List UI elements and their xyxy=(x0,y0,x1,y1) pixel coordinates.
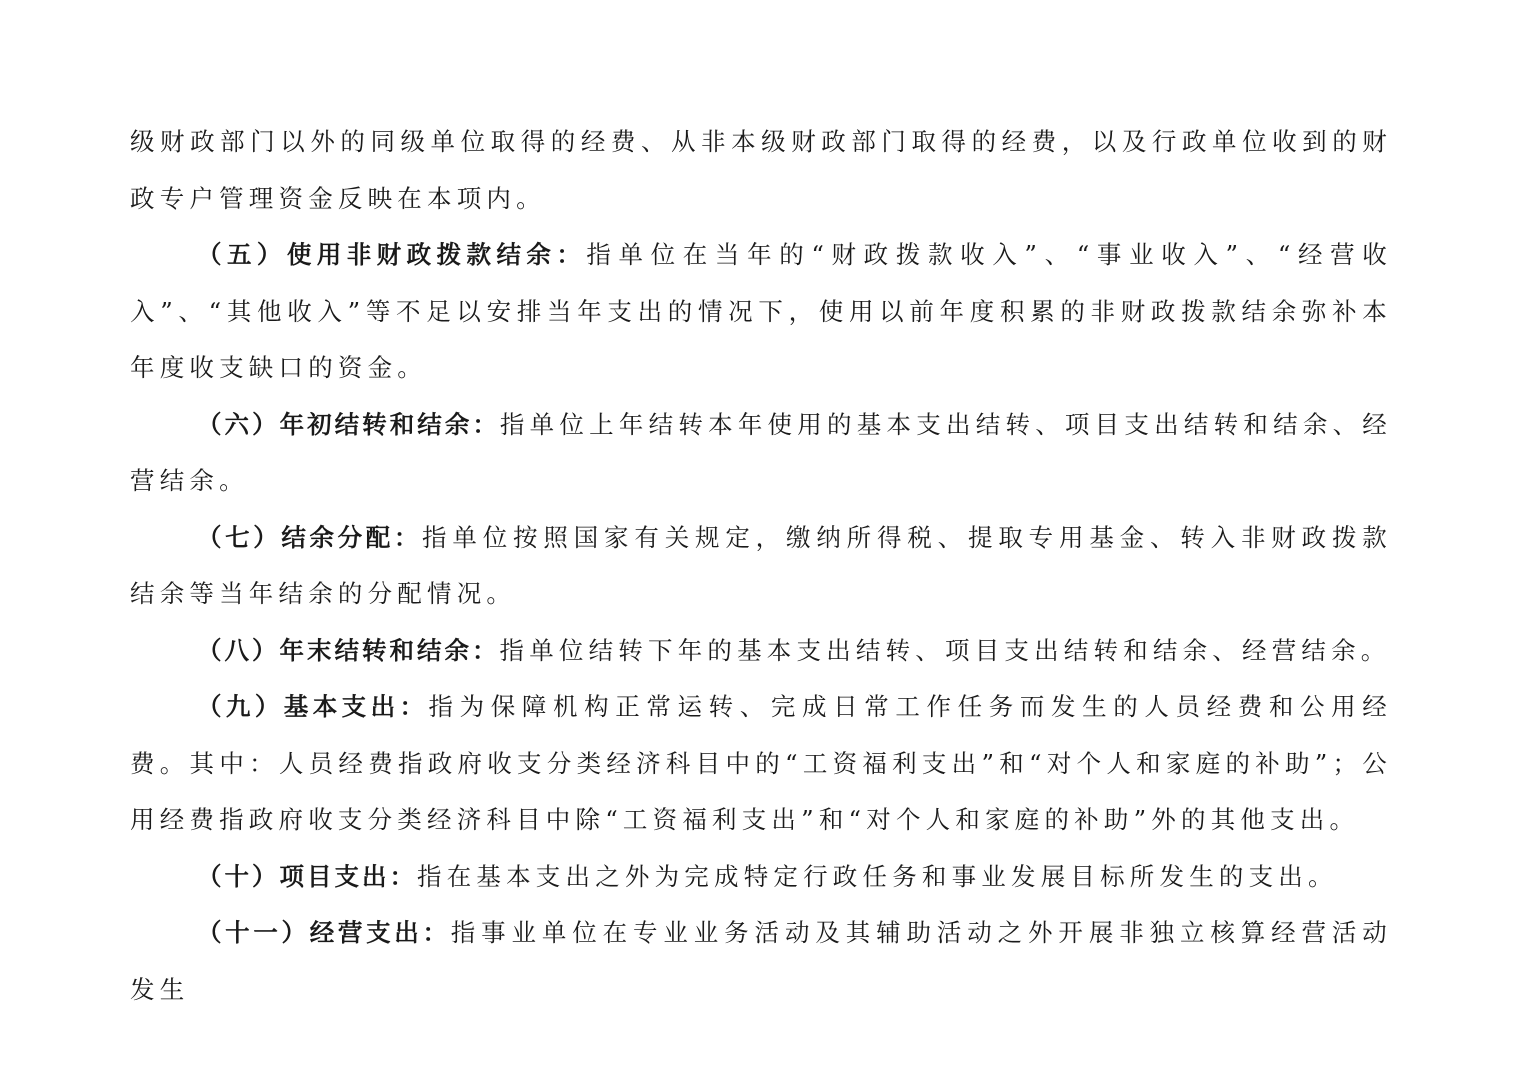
paragraph-heading: （六）年初结转和结余： xyxy=(197,410,500,439)
paragraph-surplus-distribution: （七）结余分配：指单位按照国家有关规定，缴纳所得税、提取专用基金、转入非财政拨款… xyxy=(130,510,1392,623)
document-page: 级财政部门以外的同级单位取得的经费、从非本级财政部门取得的经费，以及行政单位收到… xyxy=(130,114,1392,1018)
paragraph-body: 指在基本支出之外为完成特定行政任务和事业发展目标所发生的支出。 xyxy=(417,862,1338,891)
paragraph-heading: （五）使用非财政拨款结余： xyxy=(197,240,586,269)
paragraph-non-fiscal-surplus-use: （五）使用非财政拨款结余：指单位在当年的“财政拨款收入”、“事业收入”、“经营收… xyxy=(130,227,1392,397)
paragraph-continuation: 级财政部门以外的同级单位取得的经费、从非本级财政部门取得的经费，以及行政单位收到… xyxy=(130,114,1392,227)
paragraph-heading: （八）年末结转和结余： xyxy=(197,636,500,665)
paragraph-body: 指单位结转下年的基本支出结转、项目支出结转和结余、经营结余。 xyxy=(500,636,1391,665)
paragraph-ending-balance: （八）年末结转和结余：指单位结转下年的基本支出结转、项目支出结转和结余、经营结余… xyxy=(130,623,1392,680)
paragraph-heading: （十）项目支出： xyxy=(197,862,417,891)
paragraph-basic-expenditure: （九）基本支出：指为保障机构正常运转、完成日常工作任务而发生的人员经费和公用经费… xyxy=(130,679,1392,849)
paragraph-heading: （九）基本支出： xyxy=(197,692,428,721)
paragraph-beginning-balance: （六）年初结转和结余：指单位上年结转本年使用的基本支出结转、项目支出结转和结余、… xyxy=(130,397,1392,510)
paragraph-heading: （七）结余分配： xyxy=(197,523,422,552)
paragraph-project-expenditure: （十）项目支出：指在基本支出之外为完成特定行政任务和事业发展目标所发生的支出。 xyxy=(130,849,1392,906)
paragraph-operating-expenditure: （十一）经营支出：指事业单位在专业业务活动及其辅助活动之外开展非独立核算经营活动… xyxy=(130,905,1392,1018)
paragraph-body: 级财政部门以外的同级单位取得的经费、从非本级财政部门取得的经费，以及行政单位收到… xyxy=(130,127,1392,213)
paragraph-heading: （十一）经营支出： xyxy=(197,918,451,947)
